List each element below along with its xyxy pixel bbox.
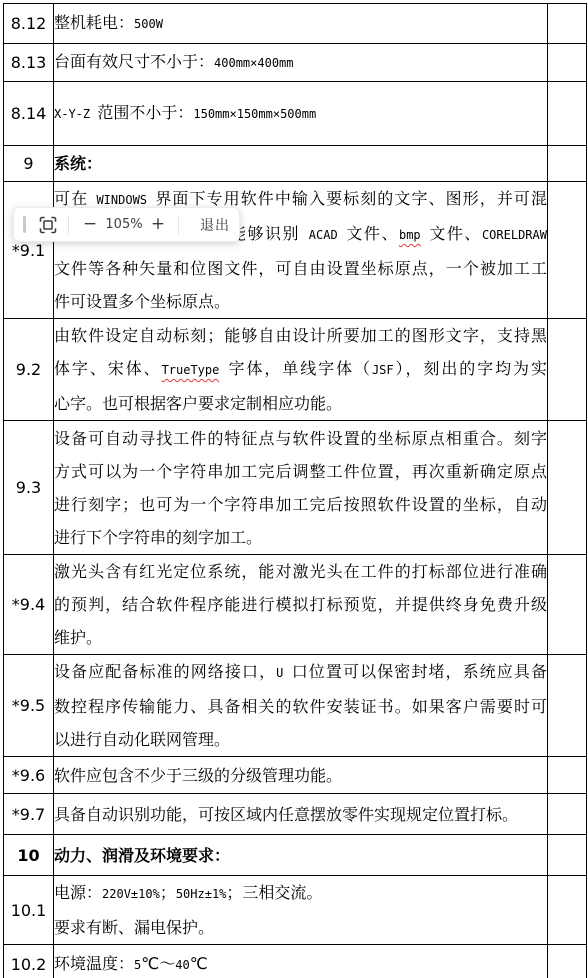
text-run: 口位置可以保密封堵，系统应具备 [292,662,547,681]
content-line: 激光头含有红光定位系统，能对激光头在工件的打标部位进行准确 [54,555,547,588]
text-run: 界面下专用软件中输入要标刻的文字、图形，并可混 [155,189,547,208]
table-row: 10.1 电源：220V±10%；50Hz±1%；三相交流。要求有断、漏电保护。 [4,876,587,945]
table-row: 9.3 设备可自动寻找工件的特征点与软件设置的坐标原点相重合。刻字方式可以为一个… [4,421,587,555]
text-run: WINDOWS [88,193,155,207]
response-cell [548,146,587,182]
item-number-cell: 9.3 [4,421,54,555]
text-run: 500W [134,17,163,31]
text-run: ℃～ [141,954,175,973]
text-run: 可在 [54,189,88,208]
spec-table-body: 8.12 整机耗电：500W 8.13 台面有效尺寸不小于：400mm×400m… [4,4,587,978]
item-number-cell: *9.4 [4,555,54,655]
table-row: *9.4 激光头含有红光定位系统，能对激光头在工件的打标部位进行准确的预判，结合… [4,555,587,655]
content-line: 方式可以为一个字符串加工完后调整工件位置，再次重新确定原点 [54,455,547,488]
item-number-cell: *9.7 [4,794,54,835]
item-number-cell: *9.6 [4,757,54,794]
exit-button[interactable]: 退出 [200,215,230,235]
response-cell [548,4,587,44]
toolbar-divider [68,216,69,234]
text-run: 件可设置多个坐标原点。 [54,292,230,311]
text-run: X-Y-Z [54,107,97,121]
content-line: 设备可自动寻找工件的特征点与软件设置的坐标原点相重合。刻字 [54,422,547,455]
text-run: 设备可自动寻找工件的特征点与软件设置的坐标原点相重合。刻字 [54,429,547,448]
spec-table: 8.12 整机耗电：500W 8.13 台面有效尺寸不小于：400mm×400m… [3,3,587,978]
text-run: 400mm×400mm [214,56,293,70]
response-cell [548,182,587,319]
text-run: 体字、宋体、 [54,359,162,378]
content-line: 数控程序传输能力、具备相关的软件安装证书。如果客户需要时可 [54,690,547,723]
item-number-cell: 10 [4,835,54,876]
item-content-cell: 环境温度：5℃～40℃ [54,945,548,978]
response-cell [548,82,587,146]
misspelled-word: TrueType [162,359,220,378]
item-content-cell: 系统： [54,146,548,182]
text-run: 系统： [54,154,102,173]
content-line: 心字。也可根据客户要求定制相应功能。 [54,387,547,420]
content-line: 体字、宋体、TrueType 字体，单线字体（JSF），刻出的字均为实 [54,352,547,387]
content-line: 台面有效尺寸不小于：400mm×400mm [54,45,547,80]
text-run: 激光头含有红光定位系统，能对激光头在工件的打标部位进行准确 [54,562,547,581]
item-number-cell: *9.5 [4,655,54,757]
item-content-cell: X-Y-Z 范围不小于：150mm×150mm×500mm [54,82,548,146]
text-run: 具备自动识别功能，可按区域内任意摆放零件实现规定位置打标。 [54,805,518,824]
text-run: 范围不小于： [97,103,193,122]
table-row: 10.2 环境温度：5℃～40℃ [4,945,587,978]
toolbar-divider [178,216,179,234]
item-number-cell: 9.2 [4,319,54,421]
item-content-cell: 电源：220V±10%；50Hz±1%；三相交流。要求有断、漏电保护。 [54,876,548,945]
response-cell [548,876,587,945]
item-content-cell: 具备自动识别功能，可按区域内任意摆放零件实现规定位置打标。 [54,794,548,835]
content-line: 要求有断、漏电保护。 [54,911,547,944]
text-run: U [276,666,292,680]
text-run: 50Hz±1% [176,887,227,901]
text-run: 心字。也可根据客户要求定制相应功能。 [54,394,342,413]
item-content-cell: 可在 WINDOWS 界面下专用软件中输入要标刻的文字、图形，并可混能够识别 A… [54,182,548,319]
content-line: 进行刻字；也可为一个字符串加工完后按照软件设置的坐标，自动 [54,488,547,521]
text-run: ACAD [300,228,346,242]
drag-handle[interactable] [23,216,26,233]
response-cell [548,757,587,794]
text-run: 设备应配备标准的网络接口， [54,662,276,681]
misspelled-word: bmp [399,224,421,243]
content-line: 文件等各种矢量和位图文件，可自由设置坐标原点，一个被加工工 [54,252,547,285]
response-cell [548,421,587,555]
zoom-out-button[interactable]: − [80,214,100,236]
content-line: 动力、润滑及环境要求： [54,839,547,872]
text-run: 字体，单线字体（ [229,359,372,378]
text-run: 文件、 [429,224,482,243]
text-run: 电源： [54,883,102,902]
item-content-cell: 激光头含有红光定位系统，能对激光头在工件的打标部位进行准确的预判，结合软件程序能… [54,555,548,655]
item-number-cell: 8.12 [4,4,54,44]
response-cell [548,555,587,655]
item-number-cell: 10.1 [4,876,54,945]
item-content-cell: 动力、润滑及环境要求： [54,835,548,876]
content-line: X-Y-Z 范围不小于：150mm×150mm×500mm [54,96,547,131]
table-row: *9.7 具备自动识别功能，可按区域内任意摆放零件实现规定位置打标。 [4,794,587,835]
item-number-cell: 9 [4,146,54,182]
text-run: 进行刻字；也可为一个字符串加工完后按照软件设置的坐标，自动 [54,495,547,514]
table-row: 10 动力、润滑及环境要求： [4,835,587,876]
response-cell [548,319,587,421]
response-cell [548,44,587,82]
text-run: 文件、 [346,224,399,243]
table-row: 9.2 由软件设定自动标刻；能够自由设计所要加工的图形文字，支持黑体字、宋体、T… [4,319,587,421]
table-row: *9.5 设备应配备标准的网络接口，U 口位置可以保密封堵，系统应具备数控程序传… [4,655,587,757]
text-run: 40 [175,958,189,972]
content-line: 以进行自动化联网管理。 [54,723,547,756]
text-run: 220V±10% [102,887,160,901]
text-run: 进行下个字符串的刻字加工。 [54,528,262,547]
response-cell [548,835,587,876]
content-line: 系统： [54,147,547,180]
table-row: 8.14 X-Y-Z 范围不小于：150mm×150mm×500mm [4,82,587,146]
text-run: 由软件设定自动标刻；能够自由设计所要加工的图形文字，支持黑 [54,326,547,345]
text-run: 维护。 [54,628,102,647]
item-number-cell: 8.14 [4,82,54,146]
text-run: ℃ [190,954,208,973]
table-row: *9.6 软件应包含不少于三级的分级管理功能。 [4,757,587,794]
item-number-cell: *9.1 [4,182,54,319]
text-run: ；三相交流。 [226,883,322,902]
item-content-cell: 软件应包含不少于三级的分级管理功能。 [54,757,548,794]
response-cell [548,655,587,757]
text-run: 的预判，结合软件程序能进行模拟打标预览，并提供终身免费升级 [54,595,547,614]
zoom-level-value: 105% [103,217,145,232]
text-run: 环境温度： [54,954,134,973]
table-row: 8.13 台面有效尺寸不小于：400mm×400mm [4,44,587,82]
content-line: 具备自动识别功能，可按区域内任意摆放零件实现规定位置打标。 [54,798,547,831]
text-run: JSF [372,363,394,377]
content-line: 进行下个字符串的刻字加工。 [54,521,547,554]
content-line: 整机耗电：500W [54,6,547,41]
table-row: 9 系统： [4,146,587,182]
text-run: 台面有效尺寸不小于： [54,52,214,71]
item-content-cell: 台面有效尺寸不小于：400mm×400mm [54,44,548,82]
item-number-cell: 10.2 [4,945,54,978]
text-run: 软件应包含不少于三级的分级管理功能。 [54,766,342,785]
text-run [219,363,228,377]
item-content-cell: 由软件设定自动标刻；能够自由设计所要加工的图形文字，支持黑体字、宋体、TrueT… [54,319,548,421]
floating-zoom-toolbar: − 105% + 退出 [13,207,240,242]
text-run: 方式可以为一个字符串加工完后调整工件位置，再次重新确定原点 [54,462,547,481]
text-run: 以进行自动化联网管理。 [54,730,230,749]
text-run: 整机耗电： [54,13,134,32]
fit-screen-button[interactable] [39,216,57,234]
item-content-cell: 设备可自动寻找工件的特征点与软件设置的坐标原点相重合。刻字方式可以为一个字符串加… [54,421,548,555]
text-run: 数控程序传输能力、具备相关的软件安装证书。如果客户需要时可 [54,697,547,716]
text-run: 能够识别 [230,224,300,243]
text-run: 150mm×150mm×500mm [193,107,316,121]
item-content-cell: 设备应配备标准的网络接口，U 口位置可以保密封堵，系统应具备数控程序传输能力、具… [54,655,548,757]
text-run: CORELDRAW [482,228,547,242]
response-cell [548,945,587,978]
text-run: 要求有断、漏电保护。 [54,918,214,937]
text-run: bmp [399,228,421,242]
response-cell [548,794,587,835]
text-run: 动力、润滑及环境要求： [54,846,230,865]
text-run: ），刻出的字均为实 [394,359,547,378]
content-line: 件可设置多个坐标原点。 [54,285,547,318]
table-row: *9.1 可在 WINDOWS 界面下专用软件中输入要标刻的文字、图形，并可混能… [4,182,587,319]
content-line: 电源：220V±10%；50Hz±1%；三相交流。 [54,876,547,911]
zoom-in-button[interactable]: + [148,214,168,236]
content-line: 的预判，结合软件程序能进行模拟打标预览，并提供终身免费升级 [54,588,547,621]
item-content-cell: 整机耗电：500W [54,4,548,44]
content-line: 由软件设定自动标刻；能够自由设计所要加工的图形文字，支持黑 [54,319,547,352]
content-line: 软件应包含不少于三级的分级管理功能。 [54,759,547,792]
fit-screen-icon [39,216,57,234]
content-line: 环境温度：5℃～40℃ [54,947,547,978]
text-run: ； [160,883,176,902]
content-line: 设备应配备标准的网络接口，U 口位置可以保密封堵，系统应具备 [54,655,547,690]
content-line: 维护。 [54,621,547,654]
text-run: TrueType [162,363,220,377]
text-run: 文件等各种矢量和位图文件，可自由设置坐标原点，一个被加工工 [54,259,547,278]
item-number-cell: 8.13 [4,44,54,82]
table-row: 8.12 整机耗电：500W [4,4,587,44]
